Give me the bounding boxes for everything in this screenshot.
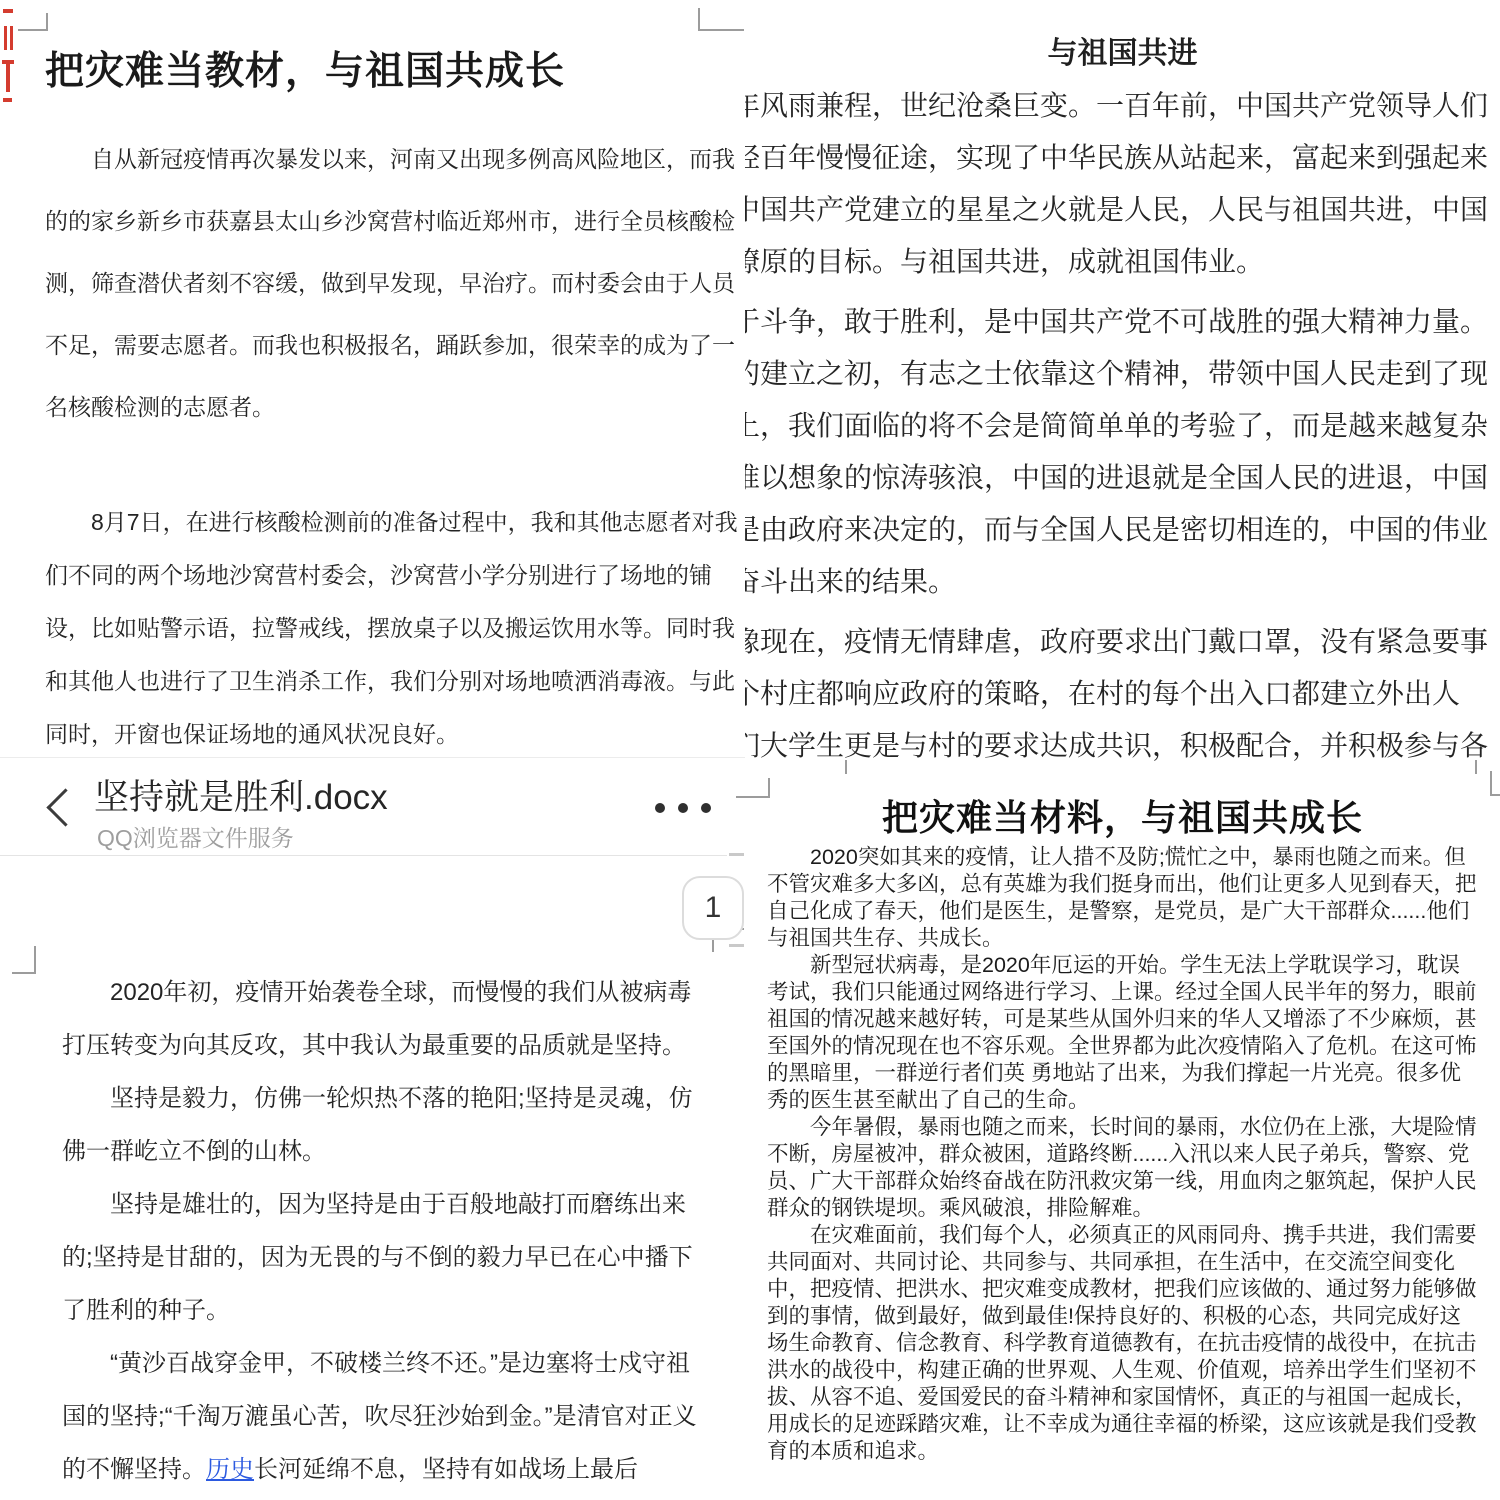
- paragraph-with-link: “黄沙百战穿金甲，不破楼兰终不还。”是边塞将士戍守祖国的坚持;“千淘万漉虽心苦，…: [62, 1337, 712, 1496]
- doc-bottom-right: 把灾难当材料，与祖国共成长 2020突如其来的疫情，让人措不及防;慌忙之中，暴雨…: [745, 770, 1500, 1500]
- text-line: 奋斗出来的结果。: [745, 556, 1488, 608]
- dot: [655, 803, 665, 813]
- doc-body: 年风雨兼程，世纪沧桑巨变。一百年前，中国共产党领导人们经百年慢慢征途，实现了中华…: [745, 80, 1488, 780]
- red-pen-stroke: [6, 64, 10, 92]
- doc-top-right: 与祖国共进 年风雨兼程，世纪沧桑巨变。一百年前，中国共产党领导人们经百年慢慢征途…: [745, 0, 1500, 782]
- page-corner-mark: [18, 13, 48, 31]
- paragraph-text: 新型冠状病毒，是2020年厄运的开始。学生无法上学耽误学习，耽误考试，我们只能通…: [767, 952, 1479, 1114]
- text-line: 是由政府来决定的，而与全国人民是密切相连的，中国的伟业: [745, 504, 1488, 556]
- file-name-title: 坚持就是胜利.docx: [94, 770, 388, 820]
- doc-body: 2020年初，疫情开始袭卷全球，而慢慢的我们从被病毒打压转变为向其反攻，其中我认…: [62, 966, 712, 1496]
- doc-paragraph: 自从新冠疫情再次暴发以来，河南又出现多例高风险地区，而我的的家乡新乡市获嘉县太山…: [45, 128, 745, 438]
- red-pen-stroke: [3, 9, 13, 13]
- paragraph-text: 2020突如其来的疫情，让人措不及防;慌忙之中，暴雨也随之而来。但不管灾难多大多…: [767, 844, 1479, 952]
- text-line: 经百年慢慢征途，实现了中华民族从站起来，富起来到强起来: [745, 132, 1488, 184]
- page-corner-mark: [698, 8, 744, 31]
- paragraph-text: 2020年初，疫情开始袭卷全球，而慢慢的我们从被病毒打压转变为向其反攻，其中我认…: [62, 966, 712, 1072]
- text-line: 中国共产党建立的星星之火就是人民，人民与祖国共进，中国: [745, 184, 1488, 236]
- doc-title-top-right: 与祖国共进: [745, 28, 1500, 72]
- doc-bottom-left: 2020年初，疫情开始袭卷全球，而慢慢的我们从被病毒打压转变为向其反攻，其中我认…: [0, 958, 745, 1500]
- doc-paragraph-list: 2020突如其来的疫情，让人措不及防;慌忙之中，暴雨也随之而来。但不管灾难多大多…: [767, 844, 1479, 1465]
- page-number-badge: 1: [682, 876, 744, 940]
- text-line: 像现在，疫情无情肆虐，政府要求出门戴口罩，没有紧急要事: [745, 616, 1488, 668]
- more-options-icon[interactable]: [655, 803, 711, 813]
- back-chevron-icon[interactable]: [46, 788, 84, 826]
- text-line: 燎原的目标。与祖国共进，成就祖国伟业。: [745, 236, 1488, 288]
- page-corner-mark: [729, 944, 744, 947]
- doc-paragraph: 于斗争，敢于胜利，是中国共产党不可战胜的强大精神力量。的建立之初，有志之士依靠这…: [745, 296, 1488, 608]
- doc-paragraph: 像现在，疫情无情肆虐，政府要求出门戴口罩，没有紧急要事个村庄都响应政府的策略，在…: [745, 616, 1488, 772]
- paragraph-text: 今年暑假，暴雨也随之而来，长时间的暴雨，水位仍在上涨，大堤险情不断，房屋被冲，群…: [767, 1114, 1479, 1222]
- text-line: 于斗争，敢于胜利，是中国共产党不可战胜的强大精神力量。: [745, 296, 1488, 348]
- paragraph-text: 自从新冠疫情再次暴发以来，河南又出现多例高风险地区，而我的的家乡新乡市获嘉县太山…: [45, 128, 745, 438]
- doc-body: 2020突如其来的疫情，让人措不及防;慌忙之中，暴雨也随之而来。但不管灾难多大多…: [767, 844, 1479, 1465]
- text-line: 难以想象的惊涛骇浪，中国的进退就是全国人民的进退，中国: [745, 452, 1488, 504]
- red-pen-stroke: [10, 26, 13, 50]
- dot: [678, 803, 688, 813]
- red-pen-stroke: [4, 26, 7, 50]
- text-line: 年风雨兼程，世纪沧桑巨变。一百年前，中国共产党领导人们: [745, 80, 1488, 132]
- paragraph-text: 坚持是毅力，仿佛一轮炽热不落的艳阳;坚持是灵魂，仿佛一群屹立不倒的山林。: [62, 1072, 712, 1178]
- screenshot-collage: 把灾难当教材，与祖国共成长 自从新冠疫情再次暴发以来，河南又出现多例高风险地区，…: [0, 0, 1500, 1500]
- text-line: 上，我们面临的将不会是简简单单的考验了，而是越来越复杂: [745, 400, 1488, 452]
- paragraph-text: 坚持是雄壮的，因为坚持是由于百般地敲打而磨练出来的;坚持是甘甜的，因为无畏的与不…: [62, 1178, 712, 1337]
- dot: [701, 803, 711, 813]
- doc-paragraph-list: 2020年初，疫情开始袭卷全球，而慢慢的我们从被病毒打压转变为向其反攻，其中我认…: [62, 966, 712, 1337]
- doc-title-top-left: 把灾难当教材，与祖国共成长: [45, 40, 565, 96]
- red-pen-stroke: [3, 98, 12, 102]
- text-line: 个村庄都响应政府的策略，在村的每个出入口都建立外出人: [745, 668, 1488, 720]
- page-corner-mark: [729, 853, 744, 856]
- screenshot-seam-line: [0, 757, 745, 758]
- file-service-subtitle: QQ浏览器文件服务: [97, 820, 294, 853]
- paragraph-text: 在灾难面前，我们每个人，必须真正的风雨同舟、携手共进，我们需要共同面对、共同讨论…: [767, 1222, 1479, 1465]
- history-link[interactable]: 历史: [206, 1456, 254, 1483]
- text-line: 的建立之初，有志之士依靠这个精神，带领中国人民走到了现: [745, 348, 1488, 400]
- paragraph-text: 长河延绵不息，坚持有如战场上最后: [254, 1456, 638, 1483]
- header-divider: [0, 855, 727, 856]
- text-line: 们大学生更是与村的要求达成共识，积极配合，并积极参与各: [745, 720, 1488, 772]
- doc-title-bottom-right: 把灾难当材料，与祖国共成长: [745, 790, 1500, 841]
- paragraph-text: 8月7日，在进行核酸检测前的准备过程中，我和其他志愿者对我们不同的两个场地沙窝营…: [45, 496, 745, 761]
- doc-paragraph: 8月7日，在进行核酸检测前的准备过程中，我和其他志愿者对我们不同的两个场地沙窝营…: [45, 496, 745, 761]
- doc-paragraph: 年风雨兼程，世纪沧桑巨变。一百年前，中国共产党领导人们经百年慢慢征途，实现了中华…: [745, 80, 1488, 288]
